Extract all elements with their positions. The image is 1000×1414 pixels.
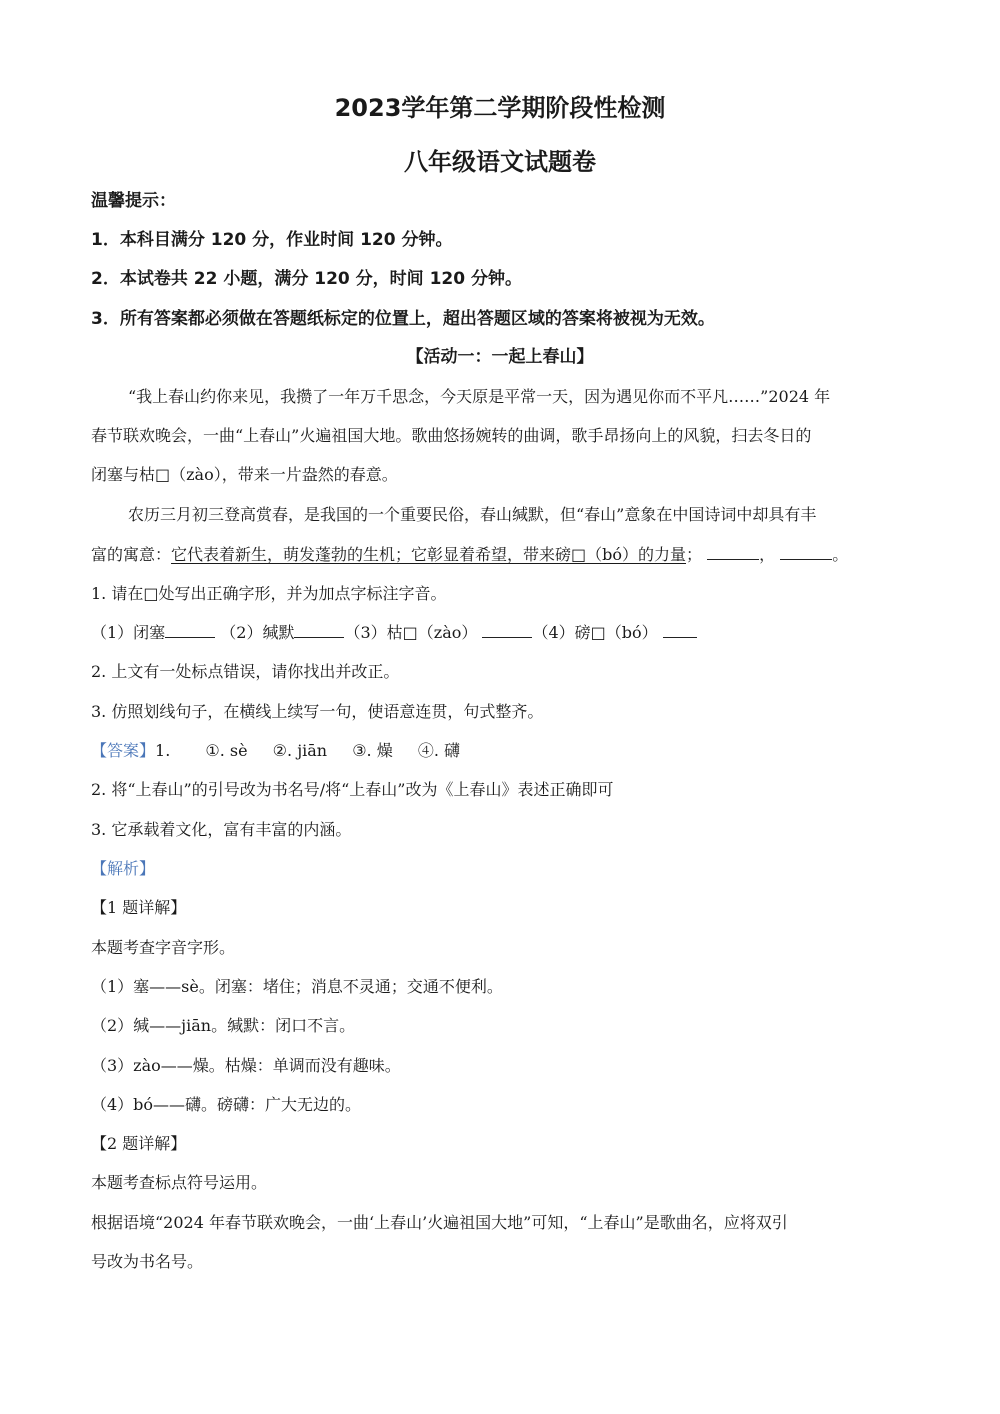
answer-item-1: ①. sè xyxy=(205,741,247,760)
notice-item-3: 3．所有答案都必须做在答题纸标定的位置上，超出答题区域的答案将被视为无效。 xyxy=(91,308,715,330)
analysis-q1-item-2: （2）缄——jiān。缄默：闭口不言。 xyxy=(91,1015,355,1037)
notice-item-2: 2．本试卷共 22 小题，满分 120 分，时间 120 分钟。 xyxy=(91,268,522,290)
answer-line-1: 【答案】1. ①. sè ②. jiān ③. 燥 ④. 礴 xyxy=(91,740,460,762)
exam-title: 2023学年第二学期阶段性检测 xyxy=(0,88,1000,123)
analysis-q2-intro: 本题考查标点符号运用。 xyxy=(91,1172,267,1194)
question-1: 1. 请在□处写出正确字形，并为加点字标注字音。 xyxy=(91,583,446,605)
question-1-items: （1）闭塞 （2）缄默（3）枯□（zào） （4）磅□（bó） xyxy=(91,622,697,644)
q1-blank-1[interactable] xyxy=(165,623,215,638)
passage-p2-prefix: 富的寓意： xyxy=(91,545,171,564)
q1-item-1: （1）闭塞 xyxy=(91,623,165,642)
analysis-q1-item-3: （3）zào——燥。枯燥：单调而没有趣味。 xyxy=(91,1055,401,1077)
comma: ， xyxy=(759,545,775,564)
answer-item-3: ③. 燥 xyxy=(352,741,393,760)
passage-p1-line3: 闭塞与枯□（zào），带来一片盎然的春意。 xyxy=(91,464,398,486)
analysis-q2-line1: 根据语境“2024 年春节联欢晚会，一曲‘上春山’火遍祖国大地”可知，“上春山”… xyxy=(91,1212,788,1234)
q1-item-4: （4）磅□（bó） xyxy=(532,623,657,642)
analysis-q1-item-1: （1）塞——sè。闭塞：堵住；消息不灵通；交通不便利。 xyxy=(91,976,503,998)
answer-item-4: ④. 礴 xyxy=(418,741,460,760)
question-2: 2. 上文有一处标点错误，请你找出并改正。 xyxy=(91,661,399,683)
analysis-q2-heading: 【2 题详解】 xyxy=(91,1133,186,1155)
q1-blank-4[interactable] xyxy=(663,623,697,638)
answer-q1-prefix: 1. xyxy=(155,741,170,760)
answer-q3: 3. 它承载着文化，富有丰富的内涵。 xyxy=(91,819,351,841)
exam-subtitle: 八年级语文试题卷 xyxy=(0,142,1000,177)
q1-item-3: （3）枯□（zào） xyxy=(344,623,477,642)
answer-blank-1[interactable] xyxy=(707,545,759,560)
passage-p1-line2: 春节联欢晚会，一曲“上春山”火遍祖国大地。歌曲悠扬婉转的曲调，歌手昂扬向上的风貌… xyxy=(91,425,811,447)
passage-p1-line1: “我上春山约你来见，我攒了一年万千思念，今天原是平常一天，因为遇见你而不平凡……… xyxy=(128,386,830,408)
passage-p2-line1: 农历三月初三登高赏春，是我国的一个重要民俗，春山缄默，但“春山”意象在中国诗词中… xyxy=(128,504,816,526)
q1-blank-3[interactable] xyxy=(482,623,532,638)
answer-label: 【答案】 xyxy=(91,741,155,760)
exam-page: 2023学年第二学期阶段性检测 八年级语文试题卷 温馨提示： 1．本科目满分 1… xyxy=(0,0,1000,1414)
notice-heading: 温馨提示： xyxy=(91,190,176,212)
analysis-q1-item-4: （4）bó——礴。磅礴：广大无边的。 xyxy=(91,1094,361,1116)
analysis-q1-heading: 【1 题详解】 xyxy=(91,897,186,919)
q1-item-2: （2）缄默 xyxy=(220,623,294,642)
q1-blank-2[interactable] xyxy=(294,623,344,638)
answer-q2: 2. 将“上春山”的引号改为书名号/将“上春山”改为《上春山》表述正确即可 xyxy=(91,779,613,801)
passage-p2-line2: 富的寓意：它代表着新生，萌发蓬勃的生机；它彰显着希望，带来磅□（bó）的力量； … xyxy=(91,544,848,566)
notice-item-1: 1．本科目满分 120 分，作业时间 120 分钟。 xyxy=(91,229,452,251)
analysis-q2-line2: 号改为书名号。 xyxy=(91,1251,203,1273)
question-3: 3. 仿照划线句子，在横线上续写一句，使语意连贯，句式整齐。 xyxy=(91,701,543,723)
period: 。 xyxy=(832,545,848,564)
activity-heading: 【活动一：一起上春山】 xyxy=(0,346,1000,368)
underlined-sentence: 它代表着新生，萌发蓬勃的生机；它彰显着希望，带来磅□（bó）的力量 xyxy=(171,545,686,564)
semicolon: ； xyxy=(686,545,702,564)
analysis-label: 【解析】 xyxy=(91,858,155,880)
answer-item-2: ②. jiān xyxy=(273,741,327,760)
answer-blank-2[interactable] xyxy=(780,545,832,560)
analysis-q1-intro: 本题考查字音字形。 xyxy=(91,937,235,959)
